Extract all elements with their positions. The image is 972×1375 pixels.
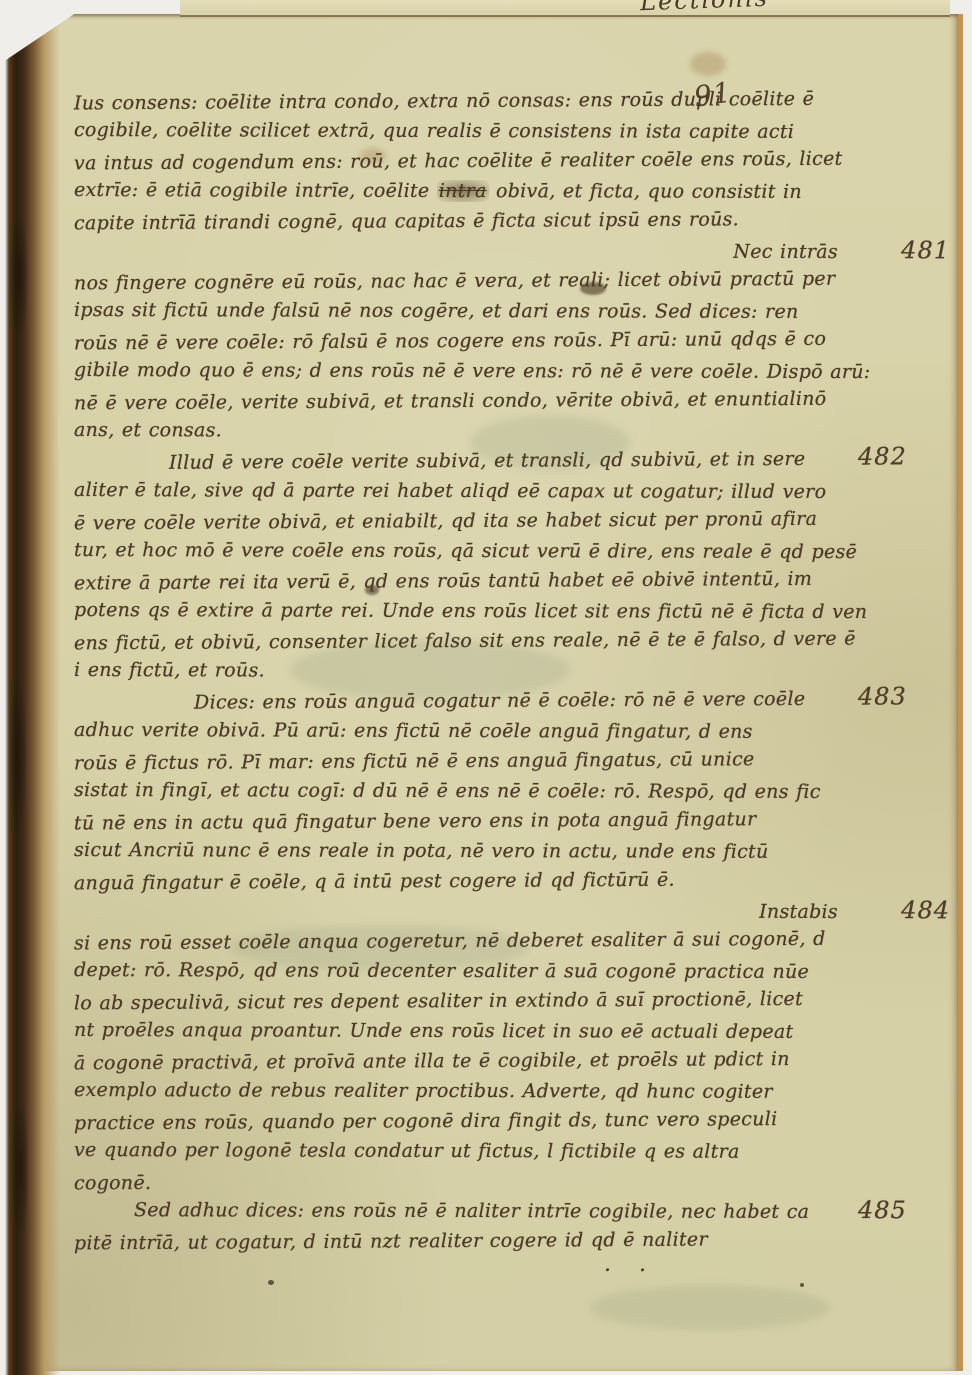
text-line: ans, et consas. [74,415,852,447]
margin-paragraph-number: 481 [858,235,950,265]
text-line: Instabis484 [74,895,852,927]
text-line: pitē intrīā, ut cogatur, d intū nzt real… [74,1224,852,1259]
text-line: sistat in fingī, et actu cogī: d dū nē ē… [74,775,852,807]
binding-shadow [10,0,28,1375]
text-line: anguā fingatur ē coēle, q ā intū pest co… [74,864,852,899]
text-line: ens fictū, et obivū, consenter licet fal… [74,624,852,659]
text-line: nē ē vere coēle, verite subivā, et trans… [74,384,852,419]
margin-paragraph-number: 485 [858,1195,950,1225]
manuscript-lines: Ius consens: coēlite intra condo, extra … [74,86,852,1286]
margin-paragraph-number: 482 [858,441,950,472]
text-segment: extrīe: ē etiā cogibile intrīe, coēlite [74,179,437,202]
text-line: depet: rō. Respō, qd ens roū decenter es… [74,955,852,987]
text-line: adhuc verite obivā. Pū arū: ens fictū nē… [74,715,852,747]
text-line: cogibile, coēlite scilicet extrā, qua re… [74,115,852,147]
text-line: nt proēles anqua proantur. Unde ens roūs… [74,1015,852,1047]
text-line: cogonē. [74,1164,852,1199]
text-line: Ius consens: coēlite intra condo, extra … [74,84,852,119]
text-line: ē vere coēle verite obivā, et eniabilt, … [74,504,852,539]
scanned-manuscript: { "page": { "folio_number": "91", "top_e… [0,0,972,1375]
text-line: ā cogonē practivā, et proīvā ante illa t… [74,1044,852,1079]
text-line: aliter ē tale, sive qd ā parte rei habet… [74,475,852,507]
text-line: extire ā parte rei ita verū ē, qd ens ro… [74,564,852,599]
text-line: exemplo aducto de rebus realiter proctib… [74,1075,852,1107]
adjacent-page-edge: Lectionis [180,0,950,17]
text-line: Dices: ens roūs anguā cogatur nē ē coēle… [74,684,852,719]
text-line: Nec intrās481 [74,235,852,267]
struck-word: intra [437,180,489,202]
text-line: si ens roū esset coēle anqua cogeretur, … [74,924,852,959]
text-line: roūs nē ē vere coēle: rō falsū ē nos cog… [74,324,852,359]
text-line: va intus ad cogendum ens: roū, et hac co… [74,144,852,179]
text-line: gibile modo quo ē ens; d ens roūs nē ē v… [74,355,852,387]
text-line: ipsas sit fictū unde falsū nē nos cogēre… [74,295,852,327]
margin-paragraph-number: 483 [858,681,950,712]
text-line: Illud ē vere coēle verite subivā, et tra… [74,444,852,479]
text-line: ve quando per logonē tesla condatur ut f… [74,1135,852,1167]
text-line: tū nē ens in actu quā fingatur bene vero… [74,804,852,839]
text-line: tur, et hoc mō ē vere coēle ens roūs, qā… [74,535,852,567]
text-line: · · [74,1255,852,1287]
text-line: i ens fictū, et roūs. [74,655,852,687]
text-line: sicut Ancriū nunc ē ens reale in pota, n… [74,835,852,867]
text-line: potens qs ē extire ā parte rei. Unde ens… [74,595,852,627]
text-line: roūs ē fictus rō. Pī mar: ens fictū nē ē… [74,744,852,779]
text-line: nos fingere cognēre eū roūs, nac hac ē v… [74,264,852,299]
header-fragment-text: Lectionis [640,0,770,16]
text-line: lo ab speculivā, sicut res depent esalit… [74,984,852,1019]
text-line: practice ens roūs, quando per cogonē dir… [74,1104,852,1139]
text-line: extrīe: ē etiā cogibile intrīe, coēlite … [74,175,852,207]
text-line: capite intrīā tirandi cognē, qua capitas… [74,204,852,239]
text-segment: obivā, et ficta, quo consistit in [489,180,802,203]
text-line: Sed adhuc dices: ens roūs nē ē naliter i… [74,1195,852,1227]
margin-paragraph-number: 484 [858,895,950,925]
